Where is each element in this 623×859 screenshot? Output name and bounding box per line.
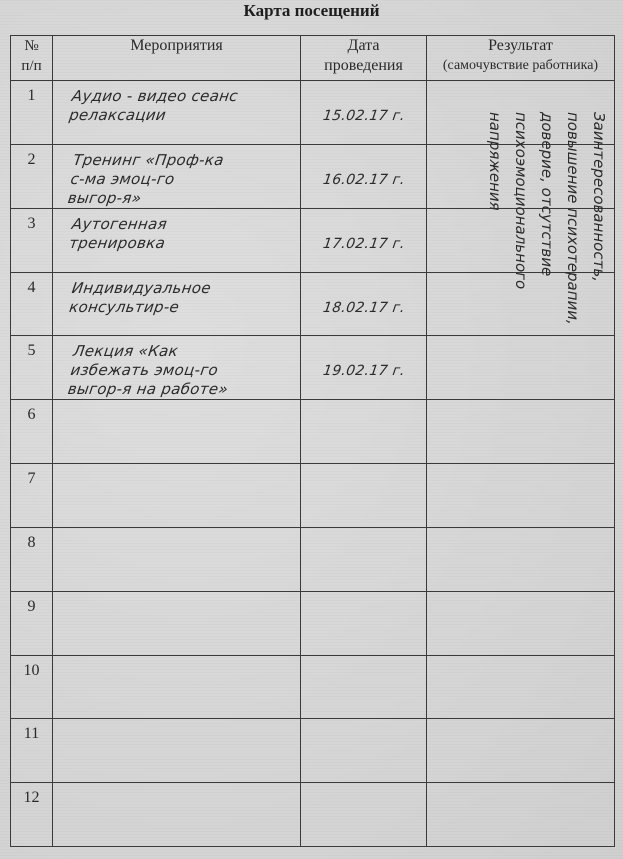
header-date-line2: проведения bbox=[301, 56, 426, 76]
activity-text bbox=[53, 783, 301, 789]
activity-cell bbox=[53, 464, 301, 528]
activity-cell bbox=[53, 719, 301, 783]
header-result: Результат (самочувствие работника) bbox=[427, 36, 615, 81]
result-cell bbox=[427, 464, 615, 528]
table-row: 8 bbox=[11, 527, 615, 591]
header-activity: Мероприятия bbox=[53, 36, 301, 81]
table-row: 11 bbox=[11, 719, 615, 783]
activity-text bbox=[53, 400, 301, 406]
activity-text bbox=[53, 719, 301, 725]
result-cell bbox=[427, 527, 615, 591]
activity-text: Лекция «Как избежать эмоц-го выгор-я на … bbox=[49, 336, 305, 399]
activity-text bbox=[53, 656, 301, 662]
row-number: 4 bbox=[11, 272, 53, 336]
table-row: 7 bbox=[11, 464, 615, 528]
activity-cell bbox=[53, 655, 301, 719]
activity-text: Индивидуальное консультир-е bbox=[50, 273, 303, 317]
header-number-line2: п/п bbox=[11, 56, 52, 76]
header-date-line1: Дата bbox=[301, 36, 426, 56]
activity-text: Тренинг «Проф-ка с-ма эмоц-го выгор-я» bbox=[49, 145, 305, 208]
date-cell: 19.02.17 г. bbox=[301, 336, 427, 400]
activity-cell bbox=[53, 591, 301, 655]
date-text: 18.02.17 г. bbox=[322, 299, 407, 318]
result-cell bbox=[427, 655, 615, 719]
date-cell bbox=[301, 783, 427, 847]
header-date: Дата проведения bbox=[301, 36, 427, 81]
row-number: 1 bbox=[11, 81, 53, 145]
activity-cell: Индивидуальное консультир-е bbox=[53, 272, 301, 336]
document-title: Карта посещений bbox=[0, 1, 623, 21]
header-result-line2: (самочувствие работника) bbox=[427, 56, 614, 76]
date-cell: 18.02.17 г. bbox=[301, 272, 427, 336]
row-number: 7 bbox=[11, 464, 53, 528]
activity-text: Аудио - видео сеанс релаксации bbox=[50, 81, 303, 125]
activity-cell: Лекция «Как избежать эмоц-го выгор-я на … bbox=[53, 336, 301, 400]
activity-text: Аутогенная тренировка bbox=[50, 209, 303, 253]
row-number: 9 bbox=[11, 591, 53, 655]
date-cell bbox=[301, 591, 427, 655]
date-cell bbox=[301, 527, 427, 591]
date-cell bbox=[301, 655, 427, 719]
result-handwritten-note: Заинтересованность, повышение психотерап… bbox=[412, 112, 612, 432]
row-number: 5 bbox=[11, 336, 53, 400]
header-result-line1: Результат bbox=[427, 36, 614, 56]
activity-cell: Аутогенная тренировка bbox=[53, 208, 301, 272]
date-text: 15.02.17 г. bbox=[322, 107, 407, 126]
header-activity-label: Мероприятия bbox=[53, 36, 300, 56]
date-cell bbox=[301, 400, 427, 464]
activity-cell bbox=[53, 527, 301, 591]
result-cell bbox=[427, 783, 615, 847]
header-number: № п/п bbox=[11, 36, 53, 81]
row-number: 10 bbox=[11, 655, 53, 719]
row-number: 11 bbox=[11, 719, 53, 783]
activity-cell bbox=[53, 400, 301, 464]
table-row: 10 bbox=[11, 655, 615, 719]
row-number: 6 bbox=[11, 400, 53, 464]
date-cell: 17.02.17 г. bbox=[301, 208, 427, 272]
result-cell bbox=[427, 719, 615, 783]
activity-cell: Аудио - видео сеанс релаксации bbox=[53, 81, 301, 145]
date-cell: 16.02.17 г. bbox=[301, 144, 427, 208]
activity-cell bbox=[53, 783, 301, 847]
date-text: 16.02.17 г. bbox=[322, 171, 407, 190]
date-cell bbox=[301, 719, 427, 783]
row-number: 2 bbox=[11, 144, 53, 208]
date-cell bbox=[301, 464, 427, 528]
table-row: 9 bbox=[11, 591, 615, 655]
row-number: 8 bbox=[11, 527, 53, 591]
row-number: 3 bbox=[11, 208, 53, 272]
table-row: 12 bbox=[11, 783, 615, 847]
activity-text bbox=[53, 592, 301, 598]
activity-cell: Тренинг «Проф-ка с-ма эмоц-го выгор-я» bbox=[53, 144, 301, 208]
table-header-row: № п/п Мероприятия Дата проведения Резуль… bbox=[11, 36, 615, 81]
date-cell: 15.02.17 г. bbox=[301, 81, 427, 145]
result-cell bbox=[427, 591, 615, 655]
row-number: 12 bbox=[11, 783, 53, 847]
header-number-line1: № bbox=[11, 36, 52, 56]
date-text: 19.02.17 г. bbox=[322, 362, 407, 381]
activity-text bbox=[53, 528, 301, 534]
date-text: 17.02.17 г. bbox=[322, 235, 407, 254]
activity-text bbox=[53, 464, 301, 470]
